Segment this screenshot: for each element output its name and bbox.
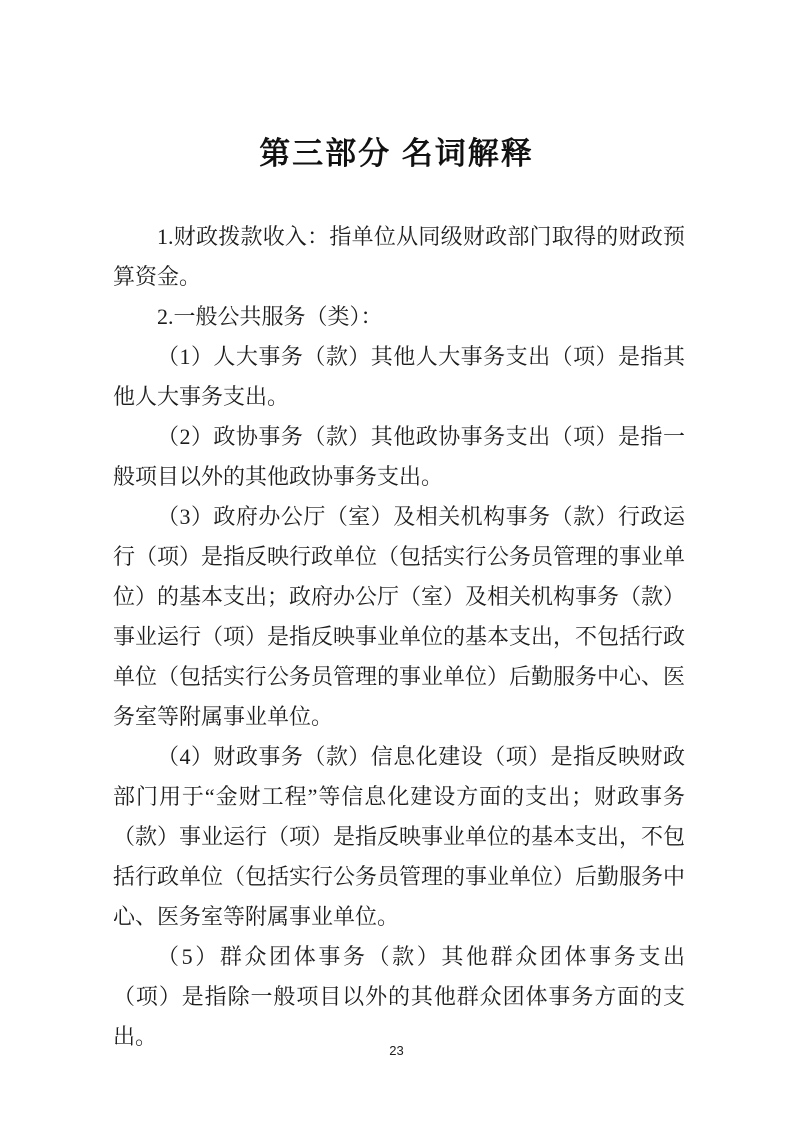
page-title: 第三部分 名词解释	[0, 0, 793, 177]
paragraph-definition-1: 1.财政拨款收入：指单位从同级财政部门取得的财政预算资金。	[113, 217, 685, 297]
document-body: 1.财政拨款收入：指单位从同级财政部门取得的财政预算资金。 2.一般公共服务（类…	[113, 217, 685, 1057]
page-number: 23	[0, 1043, 793, 1058]
document-page: 第三部分 名词解释 1.财政拨款收入：指单位从同级财政部门取得的财政预算资金。 …	[0, 0, 793, 1122]
paragraph-definition-2-2: （2）政协事务（款）其他政协事务支出（项）是指一般项目以外的其他政协事务支出。	[113, 417, 685, 497]
paragraph-definition-2-3: （3）政府办公厅（室）及相关机构事务（款）行政运行（项）是指反映行政单位（包括实…	[113, 497, 685, 737]
paragraph-definition-2-5: （5）群众团体事务（款）其他群众团体事务支出（项）是指除一般项目以外的其他群众团…	[113, 937, 685, 1057]
paragraph-definition-2-4: （4）财政事务（款）信息化建设（项）是指反映财政部门用于“金财工程”等信息化建设…	[113, 737, 685, 937]
paragraph-definition-2: 2.一般公共服务（类）：	[113, 297, 685, 337]
paragraph-definition-2-1: （1）人大事务（款）其他人大事务支出（项）是指其他人大事务支出。	[113, 337, 685, 417]
